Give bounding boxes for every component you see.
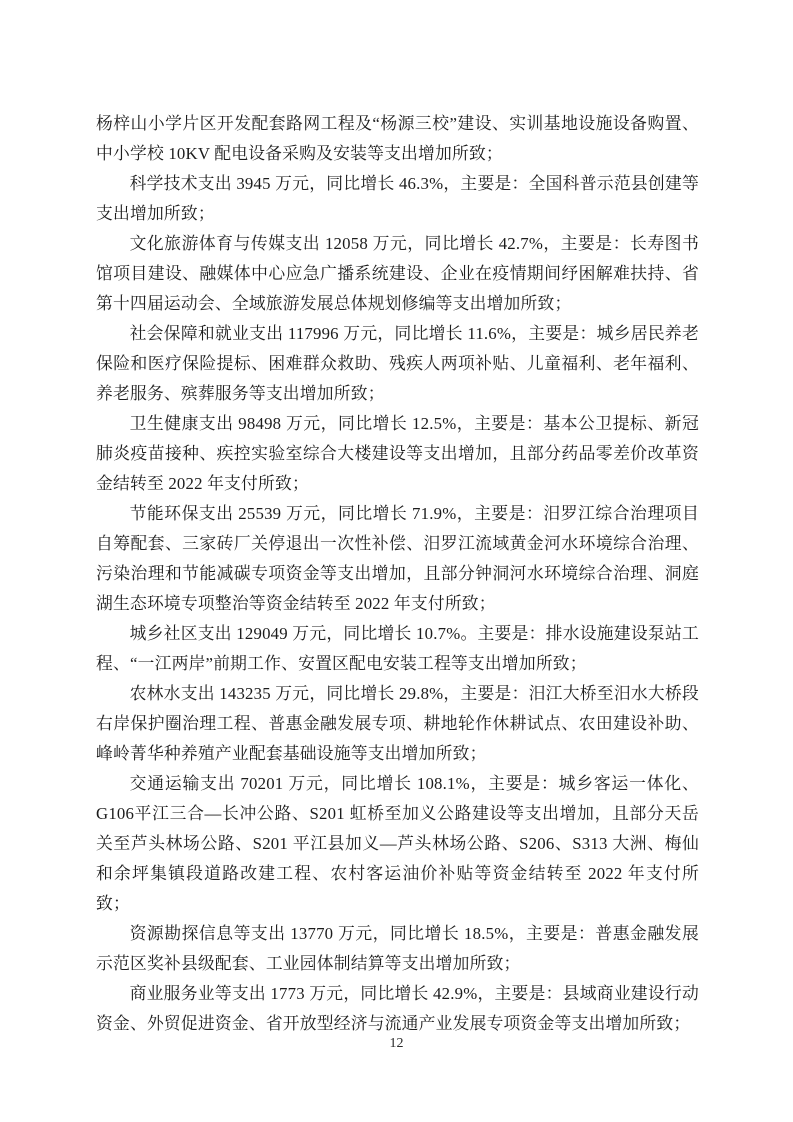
paragraph: 商业服务业等支出 1773 万元，同比增长 42.9%，主要是：县域商业建设行动… xyxy=(96,979,699,1039)
page-number: 12 xyxy=(0,1034,793,1054)
paragraph: 社会保障和就业支出 117996 万元，同比增长 11.6%，主要是：城乡居民养… xyxy=(96,319,699,409)
paragraph: 卫生健康支出 98498 万元，同比增长 12.5%，主要是：基本公卫提标、新冠… xyxy=(96,409,699,499)
paragraph: 资源勘探信息等支出 13770 万元，同比增长 18.5%，主要是：普惠金融发展… xyxy=(96,919,699,979)
document-page: 杨梓山小学片区开发配套路网工程及“杨源三校”建设、实训基地设施设备购置、中小学校… xyxy=(0,0,793,1122)
paragraph: 文化旅游体育与传媒支出 12058 万元，同比增长 42.7%，主要是：长寿图书… xyxy=(96,229,699,319)
paragraph: 节能环保支出 25539 万元，同比增长 71.9%，主要是：汨罗江综合治理项目… xyxy=(96,499,699,619)
document-body: 杨梓山小学片区开发配套路网工程及“杨源三校”建设、实训基地设施设备购置、中小学校… xyxy=(96,109,699,1039)
paragraph: 城乡社区支出 129049 万元，同比增长 10.7%。主要是：排水设施建设泵站… xyxy=(96,619,699,679)
paragraph: 农林水支出 143235 万元，同比增长 29.8%，主要是：汨江大桥至汨水大桥… xyxy=(96,679,699,769)
paragraph: 科学技术支出 3945 万元，同比增长 46.3%，主要是：全国科普示范县创建等… xyxy=(96,169,699,229)
paragraph: 杨梓山小学片区开发配套路网工程及“杨源三校”建设、实训基地设施设备购置、中小学校… xyxy=(96,109,699,169)
paragraph: 交通运输支出 70201 万元，同比增长 108.1%，主要是：城乡客运一体化、… xyxy=(96,769,699,919)
